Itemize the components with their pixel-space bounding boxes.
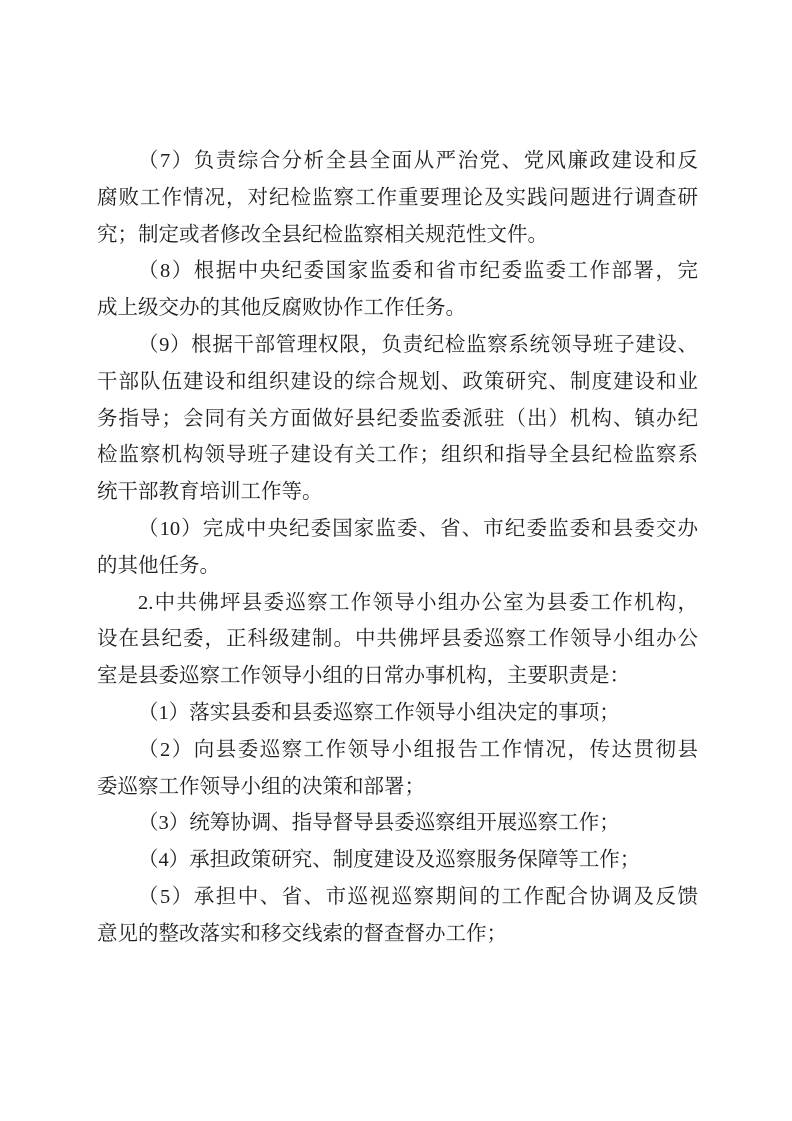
para-clause-7: （7）负责综合分析全县全面从严治党、党风廉政建设和反 腐败工作情况，对纪检监察工…	[97, 143, 698, 253]
text-line: 干部队伍建设和组织建设的综合规划、政策研究、制度建设和业	[97, 364, 698, 401]
text-line: （7）负责综合分析全县全面从严治党、党风廉政建设和反	[97, 143, 698, 180]
text-line: 委巡察工作领导小组的决策和部署；	[97, 769, 698, 806]
text-line: （8）根据中央纪委国家监委和省市纪委监委工作部署，完	[97, 253, 698, 290]
text-line: 意见的整改落实和移交线索的督查督办工作；	[97, 916, 698, 953]
text-line: （5）承担中、省、市巡视巡察期间的工作配合协调及反馈	[97, 879, 698, 916]
text-line: 究；制定或者修改全县纪检监察相关规范性文件。	[97, 217, 698, 254]
text-line: （3）统筹协调、指导督导县委巡察组开展巡察工作；	[97, 805, 698, 842]
text-line: （9）根据干部管理权限，负责纪检监察系统领导班子建设、	[97, 327, 698, 364]
para-section-2: 2.中共佛坪县委巡察工作领导小组办公室为县委工作机构， 设在县纪委，正科级建制。…	[97, 585, 698, 695]
text-line: 2.中共佛坪县委巡察工作领导小组办公室为县委工作机构，	[97, 585, 698, 622]
text-line: 室是县委巡察工作领导小组的日常办事机构，主要职责是：	[97, 658, 698, 695]
text-line: （4）承担政策研究、制度建设及巡察服务保障等工作；	[97, 842, 698, 879]
text-line: 统干部教育培训工作等。	[97, 474, 698, 511]
para-duty-5: （5）承担中、省、市巡视巡察期间的工作配合协调及反馈 意见的整改落实和移交线索的…	[97, 879, 698, 953]
text-line: 成上级交办的其他反腐败协作工作任务。	[97, 290, 698, 327]
document-body: （7）负责综合分析全县全面从严治党、党风廉政建设和反 腐败工作情况，对纪检监察工…	[97, 143, 698, 953]
para-clause-10: （10）完成中央纪委国家监委、省、市纪委监委和县委交办 的其他任务。	[97, 511, 698, 585]
text-line: 设在县纪委，正科级建制。中共佛坪县委巡察工作领导小组办公	[97, 621, 698, 658]
text-line: （1）落实县委和县委巡察工作领导小组决定的事项；	[97, 695, 698, 732]
para-duty-1: （1）落实县委和县委巡察工作领导小组决定的事项；	[97, 695, 698, 732]
text-line: 务指导；会同有关方面做好县纪委监委派驻（出）机构、镇办纪	[97, 401, 698, 438]
para-clause-9: （9）根据干部管理权限，负责纪检监察系统领导班子建设、 干部队伍建设和组织建设的…	[97, 327, 698, 511]
text-line: 检监察机构领导班子建设有关工作；组织和指导全县纪检监察系	[97, 437, 698, 474]
para-duty-4: （4）承担政策研究、制度建设及巡察服务保障等工作；	[97, 842, 698, 879]
document-page: （7）负责综合分析全县全面从严治党、党风廉政建设和反 腐败工作情况，对纪检监察工…	[0, 0, 792, 1121]
text-line: 腐败工作情况，对纪检监察工作重要理论及实践问题进行调查研	[97, 180, 698, 217]
text-line: 的其他任务。	[97, 548, 698, 585]
para-duty-3: （3）统筹协调、指导督导县委巡察组开展巡察工作；	[97, 805, 698, 842]
text-line: （10）完成中央纪委国家监委、省、市纪委监委和县委交办	[97, 511, 698, 548]
text-line: （2）向县委巡察工作领导小组报告工作情况，传达贯彻县	[97, 732, 698, 769]
para-duty-2: （2）向县委巡察工作领导小组报告工作情况，传达贯彻县 委巡察工作领导小组的决策和…	[97, 732, 698, 806]
para-clause-8: （8）根据中央纪委国家监委和省市纪委监委工作部署，完 成上级交办的其他反腐败协作…	[97, 253, 698, 327]
